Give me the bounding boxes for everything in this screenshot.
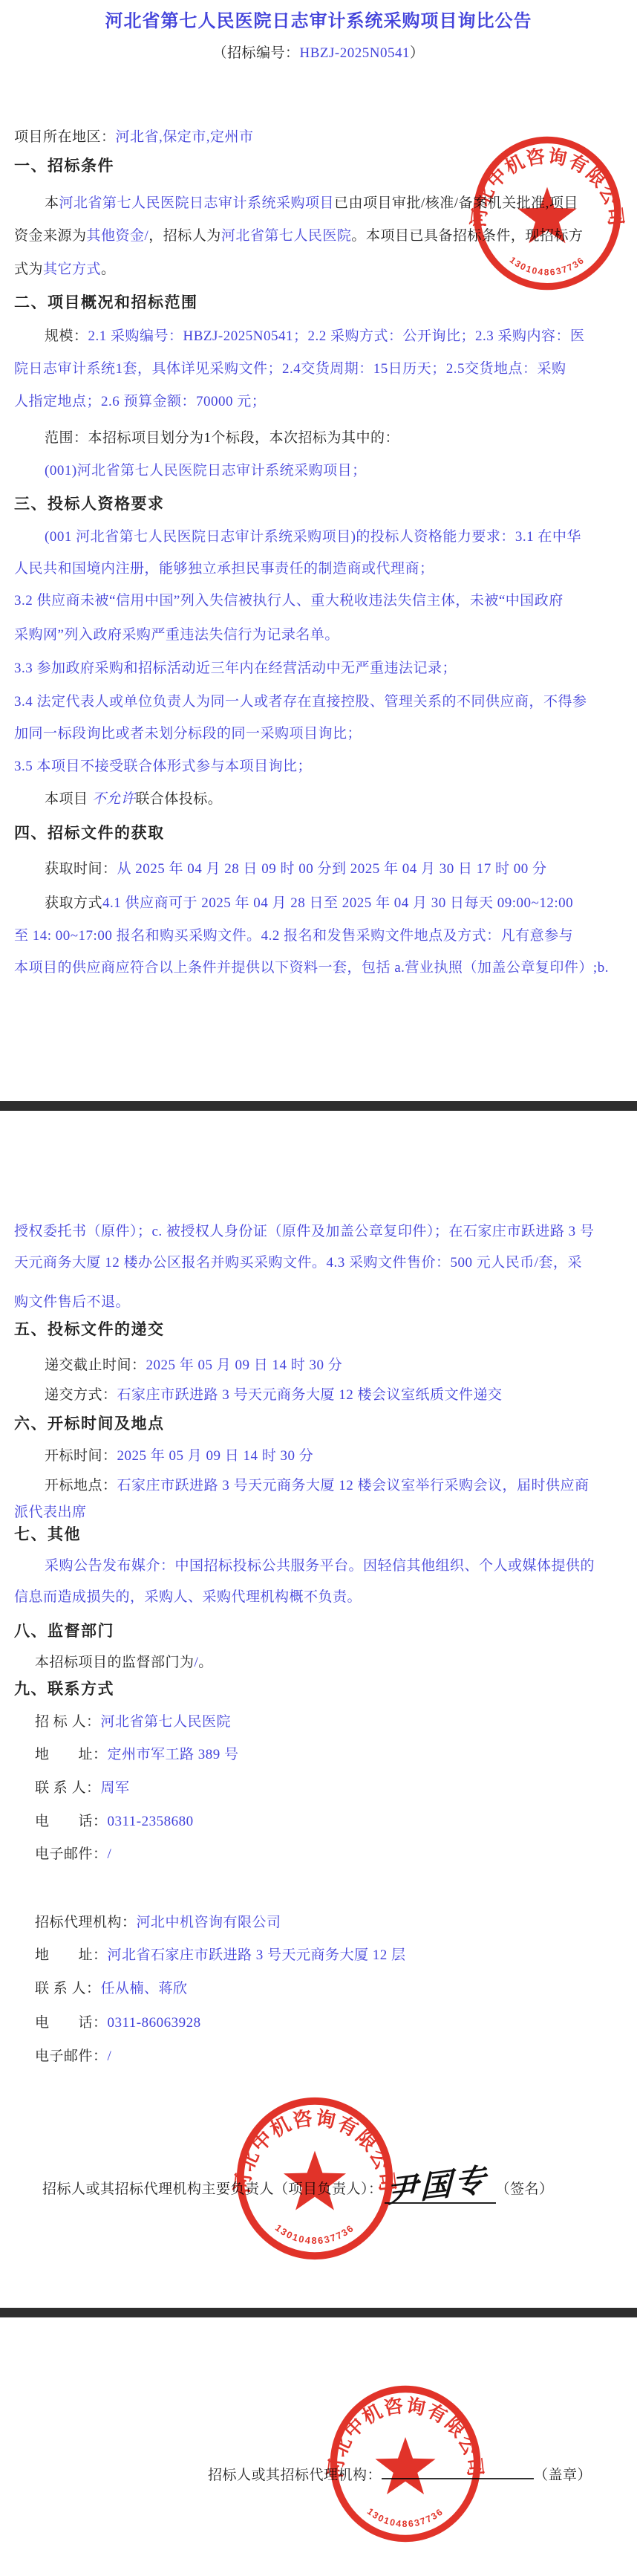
company-seal: 河北中机咨询有限公司 1301048637736: [231, 2093, 399, 2264]
svg-text:1301048637736: 1301048637736: [508, 255, 587, 278]
doc-title: 河北省第七人民医院日志审计系统采购项目询比公告: [0, 10, 637, 33]
doc-line: 开标地点：石家庄市跃进路 3 号天元商务大厦 12 楼会议室举行采购会议，届时供…: [45, 1477, 589, 1496]
doc-line: 本招标项目的监督部门为/。: [35, 1654, 213, 1673]
section-heading: 七、其他: [14, 1525, 81, 1545]
doc-line: 至 14: 00~17:00 报名和购买采购文件。4.2 报名和发售采购文件地点…: [14, 927, 573, 946]
doc-line: 获取时间：从 2025 年 04 月 28 日 09 时 00 分到 2025 …: [45, 860, 547, 879]
doc-line: 3.3 参加政府采购和招标活动近三年内在经营活动中无严重违法记录；: [14, 660, 457, 678]
section-heading: 五、投标文件的递交: [14, 1320, 165, 1340]
doc-line: 3.4 法定代表人或单位负责人为同一人或者存在直接控股、管理关系的不同供应商，不…: [14, 693, 587, 712]
doc-line: (001 河北省第七人民医院日志审计系统采购项目)的投标人资格能力要求：3.1 …: [45, 528, 581, 547]
doc-line: 招 标 人：河北省第七人民医院: [35, 1713, 231, 1732]
section-heading: 九、联系方式: [14, 1679, 114, 1699]
doc-line: 授权委托书（原件）；c. 被授权人身份证（原件及加盖公章复印件）；在石家庄市跃进…: [14, 1223, 594, 1242]
doc-line: 地 址：定州市军工路 389 号: [35, 1746, 239, 1765]
doc-line: 项目所在地区：河北省,保定市,定州市: [14, 129, 254, 147]
doc-line: 加同一标段询比或者未划分标段的同一采购项目询比；: [14, 725, 362, 744]
section-heading: 二、项目概况和招标范围: [14, 293, 198, 313]
company-seal: 河北中机咨询有限公司 1301048637736: [468, 129, 627, 297]
doc-line: 人民共和国境内注册，能够独立承担民事责任的制造商或代理商；: [14, 560, 434, 579]
doc-line: 电子邮件：/: [35, 1846, 111, 1864]
doc-line: 电子邮件：/: [35, 2048, 111, 2066]
doc-line: 院日志审计系统1套，具体详见采购文件；2.4交货周期：15日历天；2.5交货地点…: [14, 360, 566, 379]
doc-line: 本项目的供应商应符合以上条件并提供以下资料一套，包括 a.营业执照（加盖公章复印…: [14, 959, 609, 978]
doc-line: 联 系 人：任从楠、蒋欣: [35, 1980, 188, 1999]
doc-line: 3.2 供应商未被“信用中国”列入失信被执行人、重大税收违法失信主体，未被“中国…: [14, 592, 563, 611]
doc-line: 信息而造成损失的，采购人、采购代理机构概不负责。: [14, 1589, 362, 1607]
doc-line: 派代表出席: [14, 1504, 87, 1522]
doc-line: 3.5 本项目不接受联合体形式参与本项目询比；: [14, 758, 312, 776]
signature: 尹国专: [385, 2176, 496, 2204]
tender-announcement-document: 河北省第七人民医院日志审计系统采购项目询比公告（招标编号：HBZJ-2025N0…: [0, 0, 637, 2576]
doc-line: 购文件售后不退。: [14, 1294, 130, 1312]
section-heading: 三、投标人资格要求: [14, 494, 165, 514]
doc-line: 电 话：0311-2358680: [35, 1813, 194, 1832]
doc-line: 递交方式：石家庄市跃进路 3 号天元商务大厦 12 楼会议室纸质文件递交: [45, 1386, 503, 1405]
doc-line: 天元商务大厦 12 楼办公区报名并购买采购文件。4.3 采购文件售价：500 元…: [14, 1254, 582, 1273]
doc-line: 式为其它方式。: [14, 261, 116, 279]
section-heading: 一、招标条件: [14, 156, 114, 176]
doc-line: 地 址：河北省石家庄市跃进路 3 号天元商务大厦 12 层: [35, 1947, 406, 1965]
doc-line: 联 系 人：周军: [35, 1779, 130, 1798]
page-separator: [0, 1101, 637, 1111]
doc-line: 开标时间：2025 年 05 月 09 日 14 时 30 分: [45, 1447, 313, 1466]
section-heading: 四、招标文件的获取: [14, 823, 165, 843]
doc-line: 人指定地点；2.6 预算金额：70000 元；: [14, 393, 266, 412]
doc-line: 获取方式4.1 供应商可于 2025 年 04 月 28 日至 2025 年 0…: [45, 895, 573, 913]
doc-subtitle: （招标编号：HBZJ-2025N0541）: [0, 45, 637, 63]
company-seal: 河北中机咨询有限公司 1301048637736: [324, 2381, 486, 2547]
doc-line: 采购网”列入政府采购严重违法失信行为记录名单。: [14, 626, 339, 645]
doc-line: 递交截止时间：2025 年 05 月 09 日 14 时 30 分: [45, 1357, 342, 1375]
svg-text:1301048637736: 1301048637736: [273, 2222, 356, 2247]
doc-line: 范围：本招标项目划分为1个标段，本次招标为其中的：: [45, 429, 399, 448]
doc-line: 电 话：0311-86063928: [35, 2014, 201, 2033]
page-separator: [0, 2308, 637, 2317]
section-heading: 八、监督部门: [14, 1621, 114, 1641]
doc-line: 本项目 不允许联合体投标。: [45, 791, 222, 809]
svg-text:1301048637736: 1301048637736: [365, 2506, 445, 2529]
doc-line: 规模：2.1 采购编号：HBZJ-2025N0541；2.2 采购方式：公开询比…: [45, 328, 584, 346]
section-heading: 六、开标时间及地点: [14, 1414, 165, 1434]
doc-line: 招标代理机构：河北中机咨询有限公司: [35, 1914, 281, 1933]
doc-line: (001)河北省第七人民医院日志审计系统采购项目；: [45, 462, 367, 481]
doc-line: 采购公告发布媒介：中国招标投标公共服务平台。因轻信其他组织、个人或媒体提供的: [45, 1557, 595, 1576]
